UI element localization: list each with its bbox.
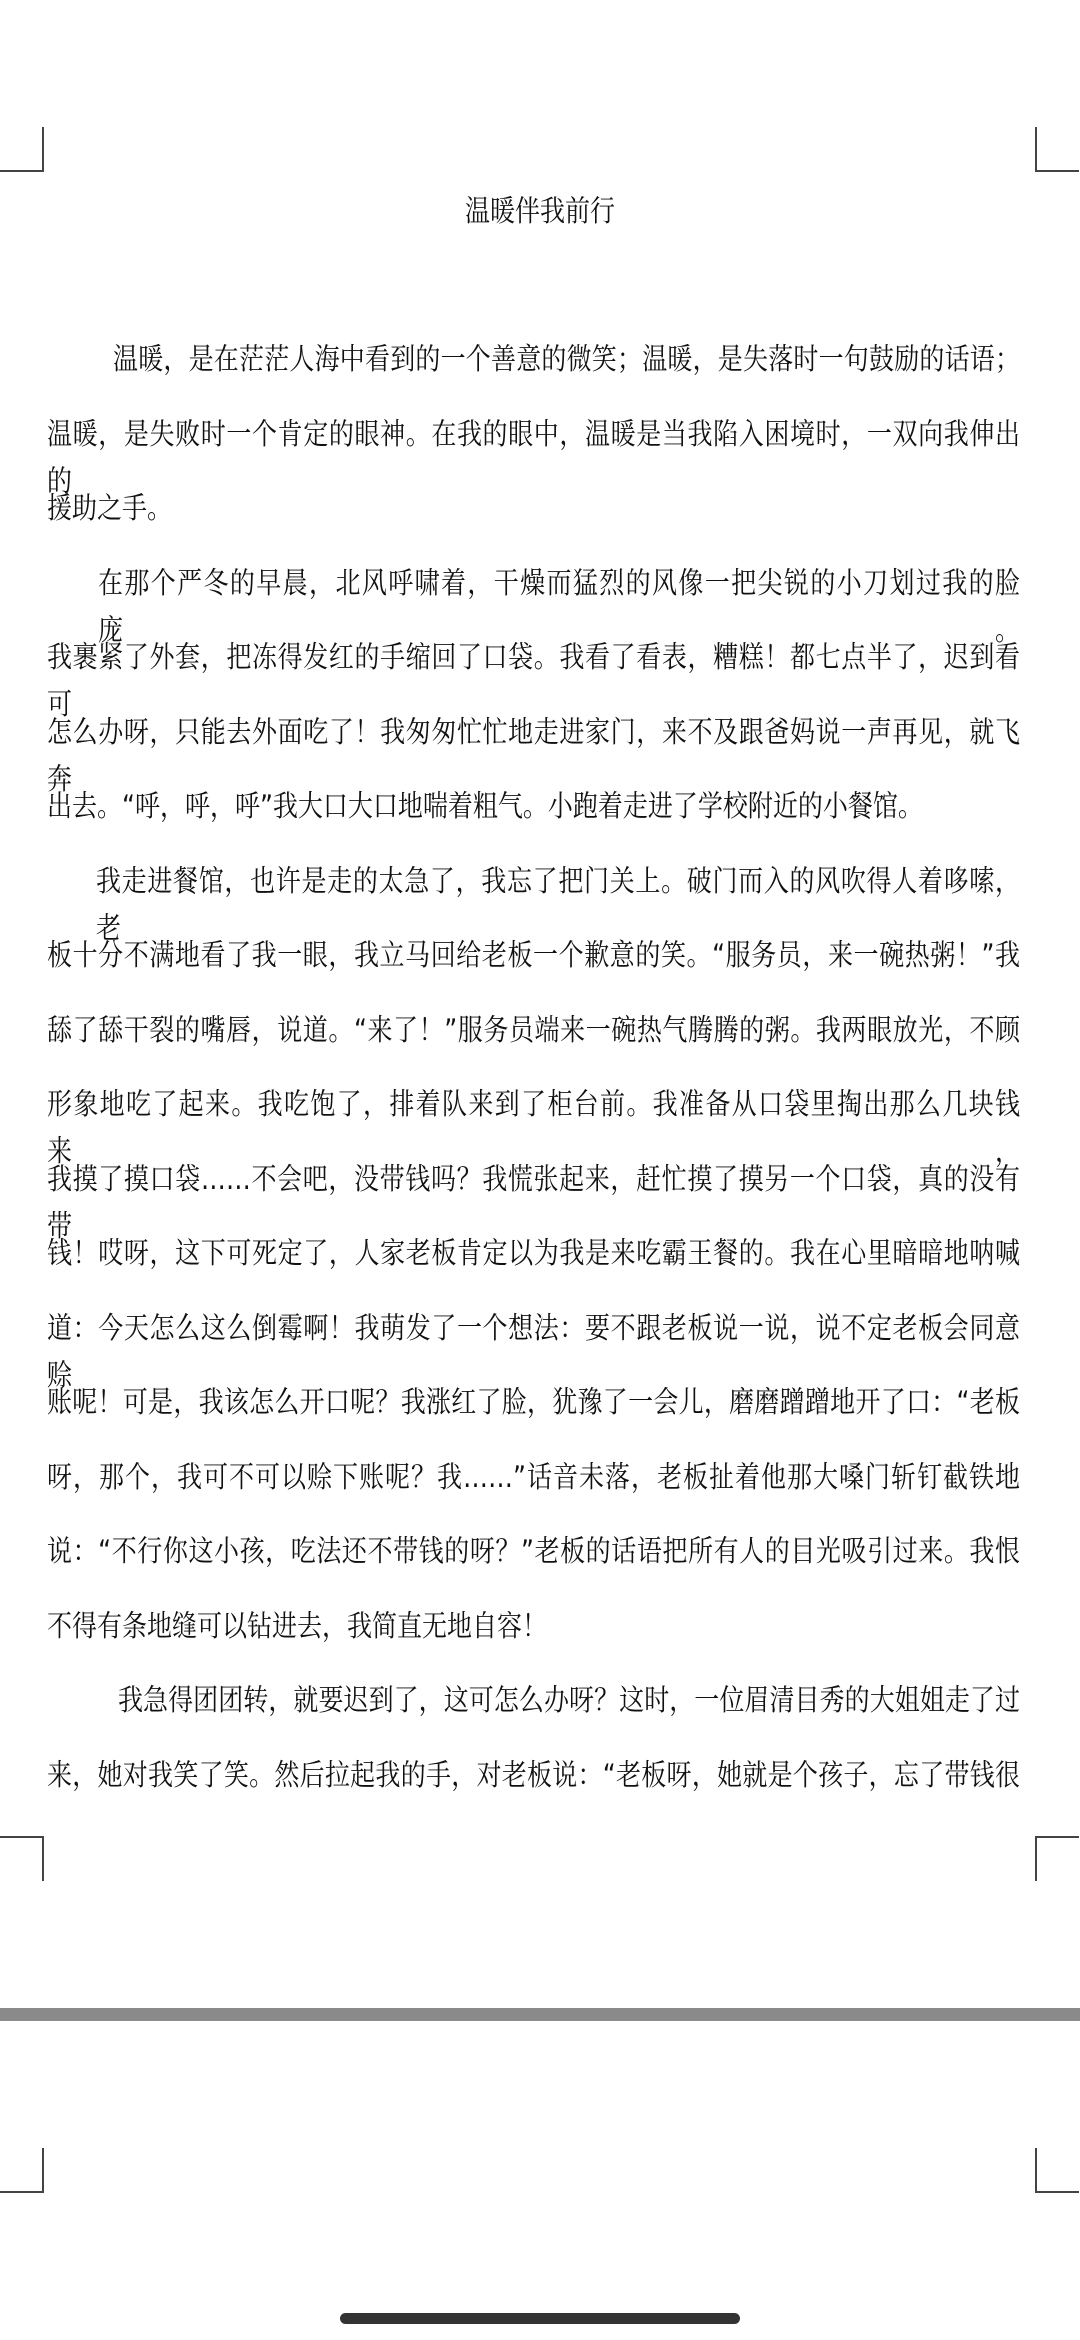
paragraph-3-line-5: 我摸了摸口袋……不会吧，没带钱吗？我慌张起来，赶忙摸了摸另一个口袋，真的没有带 bbox=[47, 1156, 1020, 1231]
paragraph-2-line-1: 在那个严冬的早晨，北风呼啸着，干燥而猛烈的风像一把尖锐的小刀划过我的脸庞。 bbox=[47, 560, 1020, 635]
document-title: 温暖伴我前行 bbox=[0, 188, 1080, 235]
paragraph-3-line-3: 舔了舔干裂的嘴唇，说道。“来了！”服务员端来一碗热气腾腾的粥。我两眼放光，不顾 bbox=[47, 1007, 1020, 1082]
paragraph-3-line-9: 呀，那个，我可不可以赊下账呢？我……”话音未落，老板扯着他那大嗓门斩钉截铁地 bbox=[47, 1454, 1020, 1529]
page-corner-mark-bottom-left bbox=[0, 1836, 44, 1881]
page-separator bbox=[0, 2008, 1080, 2021]
paragraph-3-line-11: 不得有条地缝可以钻进去，我简直无地自容！ bbox=[47, 1603, 1020, 1678]
paragraph-1-line-3: 援助之手。 bbox=[47, 485, 1020, 560]
paragraph-1-line-1: 温暖，是在茫茫人海中看到的一个善意的微笑；温暖，是失落时一句鼓励的话语； bbox=[47, 336, 1020, 411]
paragraph-3-line-2: 板十分不满地看了我一眼，我立马回给老板一个歉意的笑。“服务员，来一碗热粥！”我 bbox=[47, 932, 1020, 1007]
paragraph-3-line-10: 说：“不行你这小孩，吃法还不带钱的呀？”老板的话语把所有人的目光吸引过来。我恨 bbox=[47, 1528, 1020, 1603]
page-corner-mark-top-right bbox=[1035, 2148, 1079, 2193]
paragraph-3-line-4: 形象地吃了起来。我吃饱了，排着队来到了柜台前。我准备从口袋里掏出那么几块钱来， bbox=[47, 1081, 1020, 1156]
paragraph-4-line-1: 我急得团团转，就要迟到了，这可怎么办呀？这时，一位眉清目秀的大姐姐走了过 bbox=[47, 1677, 1020, 1752]
page-corner-mark-top-right bbox=[1035, 127, 1079, 172]
paragraph-3-line-1: 我走进餐馆，也许是走的太急了，我忘了把门关上。破门而入的风吹得人着哆嗦，老 bbox=[47, 858, 1020, 933]
paragraph-3-line-6: 钱！哎呀，这下可死定了，人家老板肯定以为我是来吃霸王餐的。我在心里暗暗地呐喊 bbox=[47, 1230, 1020, 1305]
paragraph-2-line-2: 我裹紧了外套，把冻得发红的手缩回了口袋。我看了看表，糟糕！都七点半了，迟到看可 bbox=[47, 634, 1020, 709]
paragraph-3-line-8: 账呢！可是，我该怎么开口呢？我涨红了脸，犹豫了一会儿，磨磨蹭蹭地开了口：“老板 bbox=[47, 1379, 1020, 1454]
paragraph-4-line-2: 来，她对我笑了笑。然后拉起我的手，对老板说：“老板呀，她就是个孩子，忘了带钱很 bbox=[47, 1752, 1020, 1827]
page-corner-mark-top-left bbox=[0, 127, 44, 172]
page-corner-mark-bottom-right bbox=[1035, 1836, 1079, 1881]
paragraph-2-line-4: 出去。“呼，呼，呼”我大口大口地喘着粗气。小跑着走进了学校附近的小餐馆。 bbox=[47, 783, 1020, 858]
document-body: 温暖，是在茫茫人海中看到的一个善意的微笑；温暖，是失落时一句鼓励的话语； 温暖，… bbox=[47, 336, 1020, 1826]
paragraph-1-line-2: 温暖，是失败时一个肯定的眼神。在我的眼中，温暖是当我陷入困境时，一双向我伸出的 bbox=[47, 411, 1020, 486]
page-corner-mark-top-left bbox=[0, 2148, 44, 2193]
document-page-2 bbox=[0, 2021, 1080, 2340]
document-page-1: 温暖伴我前行 温暖，是在茫茫人海中看到的一个善意的微笑；温暖，是失落时一句鼓励的… bbox=[0, 0, 1080, 2008]
next-page-partial-text: 正常，这次她请客我来付钱，别跟一个孩子计较了。”老板瞪了她一眼，没再说话，收了她… bbox=[47, 2200, 1020, 2214]
paragraph-2-line-3: 怎么办呀，只能去外面吃了！我匆匆忙忙地走进家门，来不及跟爸妈说一声再见，就飞奔 bbox=[47, 709, 1020, 784]
paragraph-3-line-7: 道：今天怎么这么倒霉啊！我萌发了一个想法：要不跟老板说一说，说不定老板会同意赊 bbox=[47, 1305, 1020, 1380]
home-indicator[interactable] bbox=[340, 2313, 740, 2324]
